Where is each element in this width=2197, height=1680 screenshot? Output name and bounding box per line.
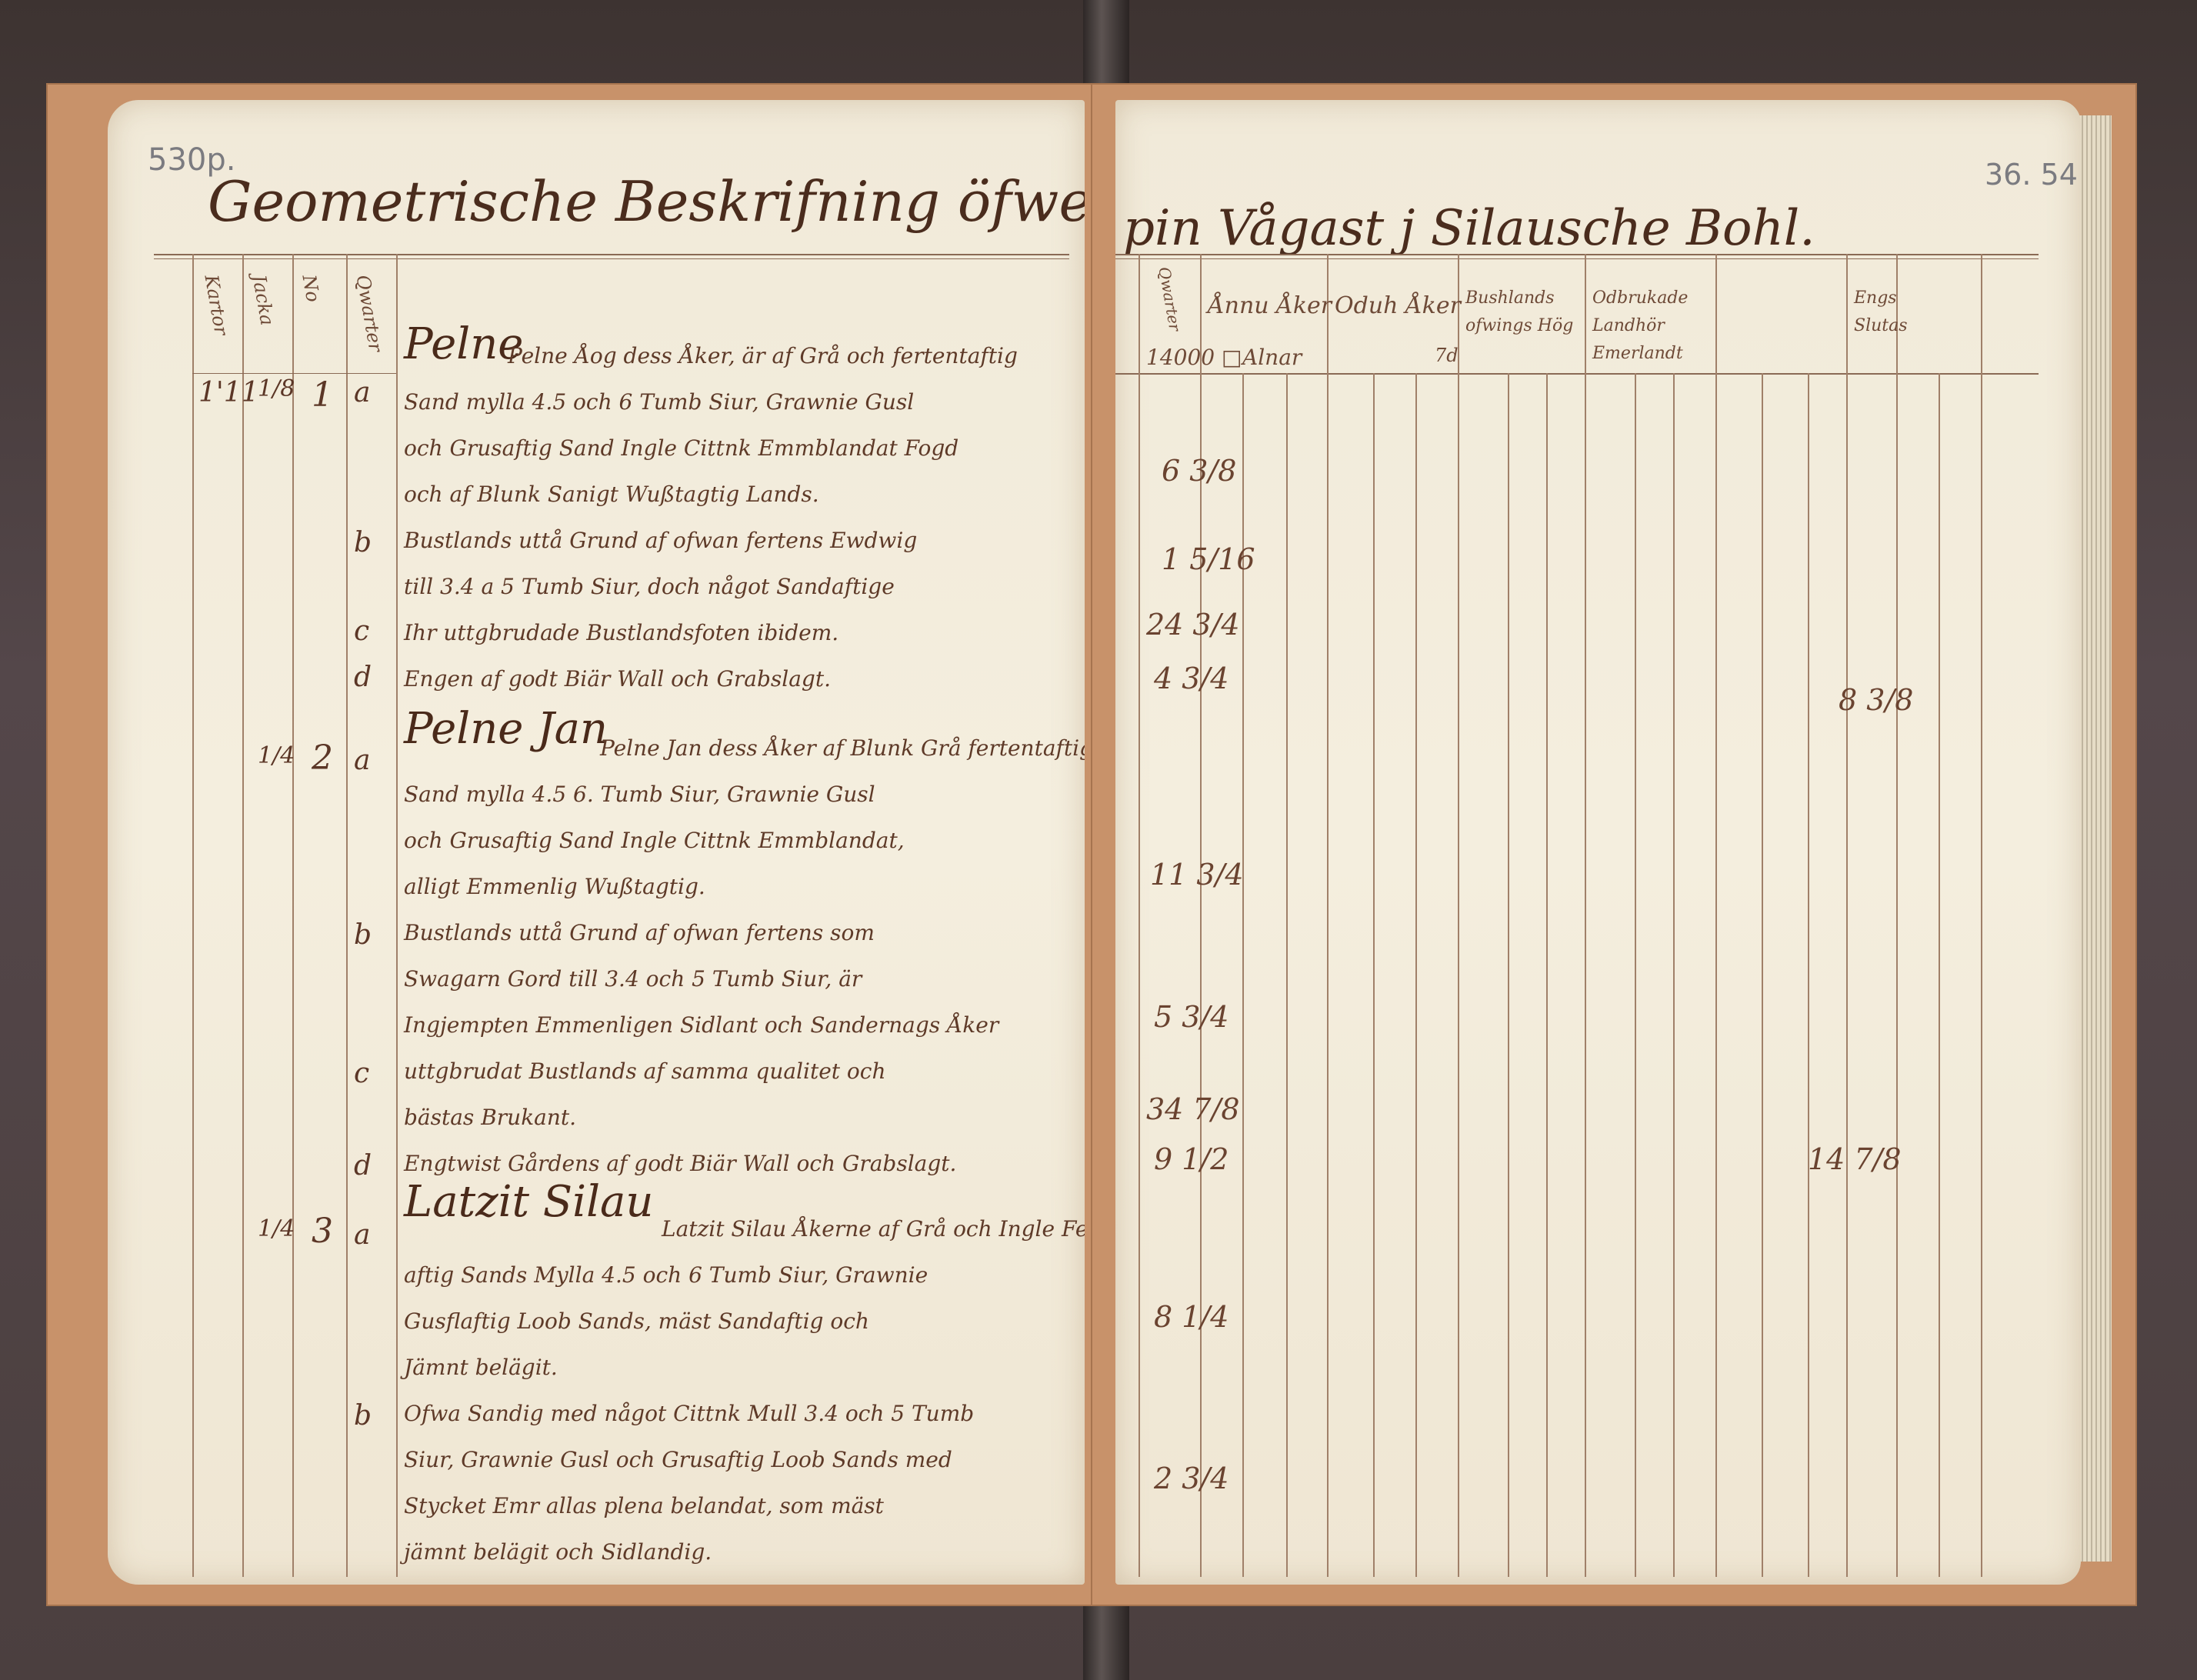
entry-2c-letter: c [354, 1058, 369, 1089]
col-rule [192, 254, 194, 1577]
value-2a: 11 3/4 [1150, 858, 1244, 892]
col-rule [1896, 254, 1898, 1577]
entry-3-name: Latzit Silau [404, 1181, 653, 1231]
col-rule [396, 254, 398, 1577]
entry-3b-line-2: Siur, Grawnie Gusl och Grusaftig Loob Sa… [404, 1438, 952, 1482]
entry-1a-letter: a [354, 377, 370, 408]
entry-1b-line-2: till 3.4 a 5 Tumb Siur, doch något Sanda… [404, 565, 895, 608]
col-header-odbrukade: Odbrukade Landhör Emerlandt [1592, 285, 1715, 368]
entry-1a-line-3: och Grusaftig Sand Ingle Cittnk Emmbland… [404, 427, 958, 470]
entry-2a-line-1: Pelne Jan dess Åker af Blunk Grå fertent… [600, 727, 1085, 770]
col-rule [1139, 254, 1140, 1577]
entry-3b-line-4: jämnt belägit och Sidlandig. [404, 1531, 712, 1574]
entry-3a-letter: a [354, 1219, 370, 1251]
entry-1-name: Pelne [404, 323, 523, 373]
right-page: 36. 54 pin Vågast j Silausche Bohl. Qwar… [1115, 100, 2081, 1585]
entry-1c-line-1: Ihr uttgbrudade Bustlandsfoten ibidem. [404, 612, 838, 655]
col-rule [1846, 254, 1848, 1577]
entry-3b-letter: b [354, 1400, 372, 1432]
col-rule [292, 254, 294, 1577]
entry-1-fraction: 1/8 [258, 375, 295, 402]
entry-3a-line-1: Latzit Silau Åkerne af Grå och Ingle Fed… [662, 1208, 1085, 1251]
entry-3-no: 3 [312, 1212, 333, 1251]
col-rule [1200, 254, 1202, 1577]
entry-2b-line-3: Ingjempten Emmenligen Sidlant och Sander… [404, 1004, 998, 1047]
col-rule [1673, 373, 1675, 1577]
entry-2-fraction: 1/4 [258, 742, 295, 769]
entry-3b-line-3: Stycket Emr allas plena belandat, som mä… [404, 1485, 884, 1528]
col-rule [1458, 254, 1459, 1577]
value-2c: 34 7/8 [1146, 1092, 1240, 1126]
entry-3-fraction: 1/4 [258, 1215, 295, 1242]
engs-value-2d: 14 7/8 [1808, 1142, 1902, 1176]
value-2b: 5 3/4 [1154, 1000, 1229, 1034]
area-unit: 14000 □ [1146, 345, 1242, 370]
entry-1d-line-1: Engen af godt Biär Wall och Grabslagt. [404, 658, 831, 701]
col-header-underline [192, 373, 396, 374]
entry-1-map: 1'11 [198, 377, 259, 408]
entry-2a-line-4: alligt Emmenlig Wußtagtig. [404, 865, 705, 908]
entry-name: Latzit Silau [404, 1177, 653, 1227]
col-rule [1939, 373, 1940, 1577]
entry-2a-line-3: och Grusaftig Sand Ingle Cittnk Emmbland… [404, 819, 905, 862]
entry-3a-line-3: Gusflaftig Loob Sands, mäst Sandaftig oc… [404, 1300, 869, 1343]
entry-2b-letter: b [354, 919, 372, 951]
entry-name: Pelne Jan [404, 704, 608, 754]
col-rule [1508, 373, 1509, 1577]
page-title-right: pin Vågast j Silausche Bohl. [1123, 200, 1815, 257]
value-1b: 1 5/16 [1162, 542, 1255, 576]
entry-1b-letter: b [354, 527, 372, 558]
area-mark: 7d [1435, 345, 1459, 366]
entry-2c-line-1: uttgbrudat Bustlands af samma qualitet o… [404, 1050, 886, 1093]
col-header-qwarter: Qwarter [352, 273, 386, 354]
col-rule [1327, 254, 1329, 1577]
col-rule [242, 254, 244, 1577]
folio-number-right: 36. 54 [1985, 158, 2078, 192]
col-header-jacka: Jacka [248, 273, 278, 327]
col-rule [1715, 254, 1717, 1577]
entry-2d-letter: d [354, 1150, 372, 1182]
entry-2-no: 2 [312, 738, 333, 778]
header-rule [1115, 254, 2039, 255]
col-rule [1286, 373, 1288, 1577]
entry-2b-line-1: Bustlands uttå Grund af ofwan fertens so… [404, 912, 875, 955]
value-1d: 4 3/4 [1154, 662, 1229, 695]
col-header-bushlands: Bushlands ofwings Hög [1465, 285, 1581, 340]
entry-1a-line-1: Pelne Åog dess Åker, är af Grå och ferte… [508, 335, 1018, 378]
entry-1d-letter: d [354, 662, 372, 693]
area-unit-label: Alnar [1242, 345, 1302, 370]
entry-2c-line-2: bästas Brukant. [404, 1096, 576, 1139]
subheader-rule [1115, 373, 2039, 375]
col-header-oduh-aker: Oduh Åker [1335, 292, 1461, 319]
header-rule-double [154, 258, 1069, 259]
page-title-left: Geometrische Beskrifning öfwer Kap- [208, 169, 1085, 234]
header-rule-double [1115, 258, 2039, 259]
col-rule [1981, 254, 1982, 1577]
col-rule [1415, 373, 1417, 1577]
entry-1b-line-1: Bustlands uttå Grund af ofwan fertens Ew… [404, 519, 917, 562]
header-rule [154, 254, 1069, 255]
col-rule [1808, 373, 1809, 1577]
col-rule [1762, 373, 1763, 1577]
entry-3a-line-4: Jämnt belägit. [404, 1346, 558, 1389]
value-2d: 9 1/2 [1154, 1142, 1229, 1176]
entry-1c-letter: c [354, 615, 369, 647]
col-header-engs: Engs Slutas [1854, 285, 1946, 340]
entry-2b-line-2: Swagarn Gord till 3.4 och 5 Tumb Siur, ä… [404, 958, 862, 1001]
entry-3a-line-2: aftig Sands Mylla 4.5 och 6 Tumb Siur, G… [404, 1254, 928, 1297]
col-header-qwarter: Qwarter [1155, 265, 1184, 332]
col-header-kartor: Kartor [200, 273, 232, 337]
col-rule [1546, 373, 1548, 1577]
col-rule [1635, 373, 1636, 1577]
entry-1a-line-2: Sand mylla 4.5 och 6 Tumb Siur, Grawnie … [404, 381, 914, 424]
value-1a: 6 3/8 [1162, 454, 1236, 488]
entry-1-no: 1 [312, 375, 333, 415]
value-3a: 8 1/4 [1154, 1300, 1229, 1334]
entry-name: Pelne [404, 319, 523, 369]
col-rule [1585, 254, 1586, 1577]
value-3b: 2 3/4 [1154, 1462, 1229, 1495]
col-header-no: No [298, 273, 324, 304]
entry-2-name: Pelne Jan [404, 708, 608, 758]
entry-1a-line-4: och af Blunk Sanigt Wußtagtig Lands. [404, 473, 819, 516]
engs-value-1d: 8 3/8 [1839, 683, 1913, 717]
col-header-annu-aker: Ånnu Åker [1208, 292, 1332, 319]
entry-3b-line-1: Ofwa Sandig med något Cittnk Mull 3.4 oc… [404, 1392, 974, 1435]
col-rule [346, 254, 348, 1577]
left-page: 530p. Geometrische Beskrifning öfwer Kap… [108, 100, 1085, 1585]
value-1c: 24 3/4 [1146, 608, 1240, 642]
entry-2a-letter: a [354, 745, 370, 776]
col-rule [1373, 373, 1375, 1577]
entry-2a-line-2: Sand mylla 4.5 6. Tumb Siur, Grawnie Gus… [404, 773, 875, 816]
